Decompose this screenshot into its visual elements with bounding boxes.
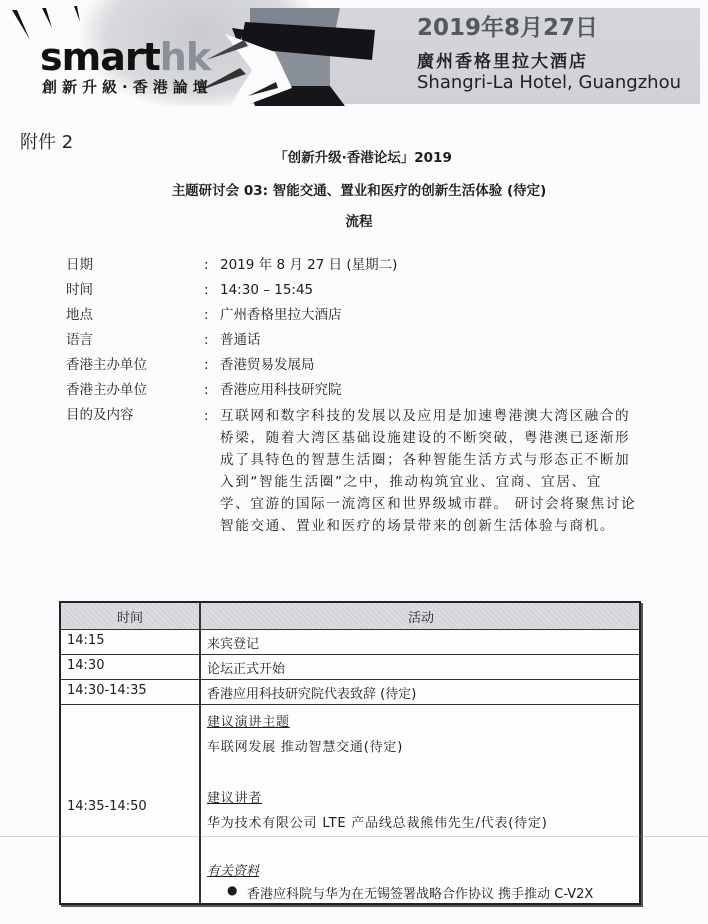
bullet-dot: ● xyxy=(227,883,237,897)
info-value: 2019 年 8 月 27 日 (星期二) xyxy=(220,255,397,275)
event-info-list: 日期 : 2019 年 8 月 27 日 (星期二) 时间 : 14:30 – … xyxy=(66,255,686,405)
header-activity: 活动 xyxy=(201,607,641,626)
row-time: 14:30-14:35 xyxy=(67,683,147,698)
info-label: 日期 xyxy=(66,255,93,275)
topic-text: 车联网发展 推动智慧交通(待定) xyxy=(207,736,403,755)
info-row-language: 语言 : 普通话 xyxy=(66,330,686,355)
materials-item: 香港应科院与华为在无锡签署战略合作协议 携手推动 C-V2X xyxy=(247,883,593,902)
purpose-line: 学、宜游的国际一流湾区和世界级城市群。 研讨会将聚焦讨论 xyxy=(220,493,640,515)
table-row: 14:30 论坛正式开始 xyxy=(61,654,639,680)
materials-heading: 有关资料 xyxy=(207,860,259,879)
info-row-date: 日期 : 2019 年 8 月 27 日 (星期二) xyxy=(66,255,686,280)
table-row: 14:30-14:35 香港应用科技研究院代表致辞 (待定) xyxy=(61,679,639,705)
speaker-heading: 建议讲者 xyxy=(207,787,262,806)
info-colon: : xyxy=(204,280,209,300)
info-value: 14:30 – 15:45 xyxy=(220,280,313,300)
purpose-line: 桥梁，随着大湾区基础设施建设的不断突破，粤港澳已逐渐形 xyxy=(220,427,640,449)
session-title-text: 主题研讨会 03: 智能交通、置业和医疗的创新生活体验 (待定) xyxy=(172,179,547,199)
event-venue-english: Shangri-La Hotel, Guangzhou xyxy=(417,72,681,93)
info-colon: : xyxy=(204,380,209,400)
row-time: 14:15 xyxy=(67,633,104,648)
row-time: 14:30 xyxy=(67,658,104,673)
speaker-text: 华为技术有限公司 LTE 产品线总裁熊伟先生/代表(待定) xyxy=(207,812,548,831)
forum-title: 「创新升级·香港论坛」2019 xyxy=(0,146,708,166)
info-colon: : xyxy=(204,305,209,325)
logo-hk-text: hk xyxy=(160,35,210,79)
info-label: 地点 xyxy=(66,305,93,325)
info-label: 语言 xyxy=(66,330,93,350)
schedule-header-row: 时间 活动 xyxy=(61,603,639,630)
header-time: 时间 xyxy=(61,607,199,626)
info-row-venue: 地点 : 广州香格里拉大酒店 xyxy=(66,305,686,330)
purpose-text: 互联网和数字科技的发展以及应用是加速粤港澳大湾区融合的 桥梁，随着大湾区基础设施… xyxy=(220,405,640,537)
flow-title: 流程 xyxy=(0,210,708,230)
info-row-organizer-2: 香港主办单位 : 香港应用科技研究院 xyxy=(66,380,686,405)
topic-heading: 建议演讲主题 xyxy=(207,711,290,730)
event-venue-chinese: 廣州香格里拉大酒店 xyxy=(417,47,588,72)
purpose-label: 目的及内容 xyxy=(66,405,134,425)
purpose-colon: : xyxy=(204,405,209,427)
logo-smart-text: smart xyxy=(40,35,160,79)
row-activity: 香港应用科技研究院代表致辞 (待定) xyxy=(207,683,416,702)
event-date: 2019年8月27日 xyxy=(417,9,598,42)
purpose-line: 成了具特色的智慧生活圈；各种智能生活方式与形态正不断加 xyxy=(220,449,640,471)
page-seam xyxy=(0,836,708,837)
purpose-line: 入到“智能生活圈”之中，推动构筑宜业、宜商、宜居、宜 xyxy=(220,471,640,493)
purpose-line: 智能交通、置业和医疗的场景带来的创新生活体验与商机。 xyxy=(220,515,640,537)
row-activity: 论坛正式开始 xyxy=(207,658,285,677)
info-label: 香港主办单位 xyxy=(66,380,147,400)
info-row-time: 时间 : 14:30 – 15:45 xyxy=(66,280,686,305)
info-value: 香港贸易发展局 xyxy=(220,355,315,375)
info-colon: : xyxy=(204,330,209,350)
forum-title-text: 「创新升级·香港论坛」2019 xyxy=(274,146,452,166)
info-value: 普通话 xyxy=(220,330,261,350)
purpose-line: 互联网和数字科技的发展以及应用是加速粤港澳大湾区融合的 xyxy=(220,405,640,427)
event-banner: smarthk 創新升級·香港論壇 2019年8月27日 廣州香格里拉大酒店 S… xyxy=(0,0,708,106)
info-label: 香港主办单位 xyxy=(66,355,147,375)
row-activity: 来宾登记 xyxy=(207,633,259,652)
smarthk-logo: smarthk xyxy=(40,38,210,76)
info-value: 广州香格里拉大酒店 xyxy=(220,305,342,325)
info-colon: : xyxy=(204,355,209,375)
table-row: 14:15 来宾登记 xyxy=(61,629,639,655)
schedule-table: 时间 活动 14:15 来宾登记 14:30 论坛正式开始 14:30-14:3… xyxy=(59,601,641,905)
session-title: 主题研讨会 03: 智能交通、置业和医疗的创新生活体验 (待定) xyxy=(0,179,708,199)
keynote-time: 14:35-14:50 xyxy=(67,799,147,814)
info-value: 香港应用科技研究院 xyxy=(220,380,342,400)
logo-subtitle: 創新升級·香港論壇 xyxy=(42,76,213,97)
info-colon: : xyxy=(204,255,209,275)
info-label: 时间 xyxy=(66,280,93,300)
info-row-organizer-1: 香港主办单位 : 香港贸易发展局 xyxy=(66,355,686,380)
flow-title-text: 流程 xyxy=(346,210,373,230)
